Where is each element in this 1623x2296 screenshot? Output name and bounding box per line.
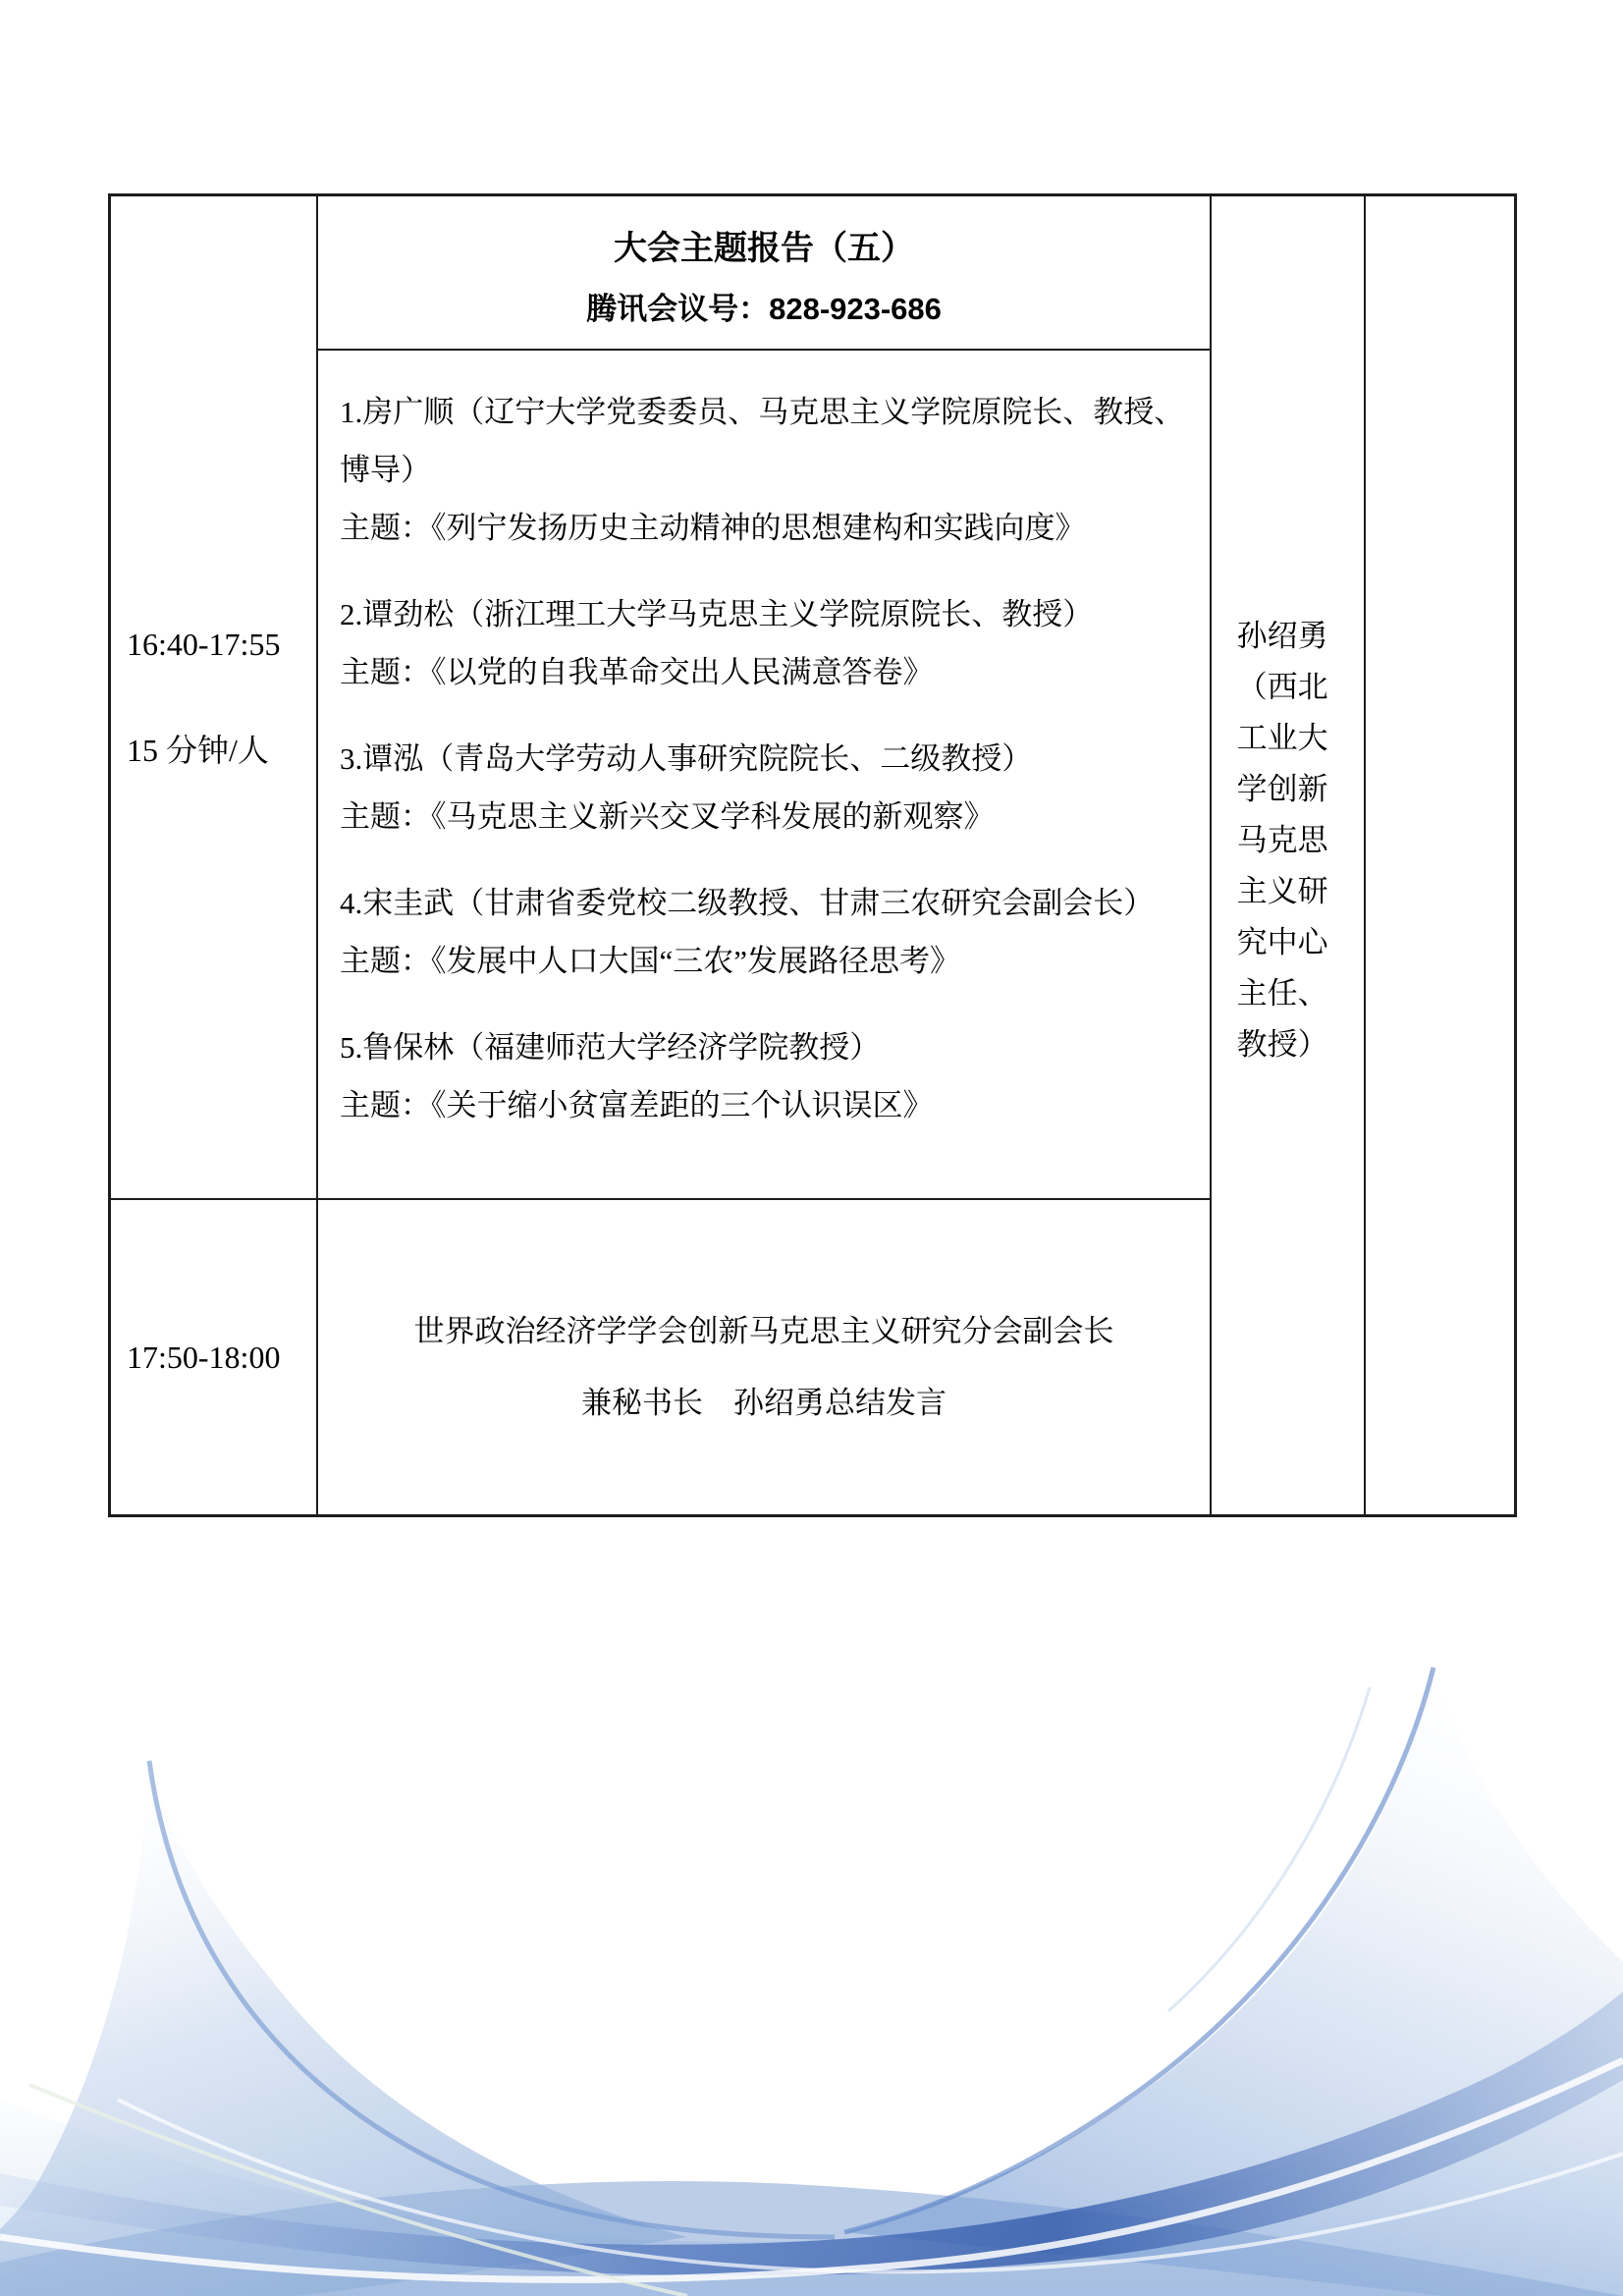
speaker-entry: 1.房广顺（辽宁大学党委委员、马克思主义学院原院长、教授、博导） 主题：《列宁发… bbox=[340, 383, 1202, 557]
speaker-name-line: 5.鲁保林（福建师范大学经济学院教授） bbox=[340, 1018, 1202, 1076]
summary-line-2: 兼秘书长 孙绍勇总结发言 bbox=[581, 1367, 947, 1439]
moderator-text: 孙绍勇（西北工业大学创新马克思主义研究中心主任、教授） bbox=[1237, 611, 1339, 1070]
speaker-name-line: 4.宋圭武（甘肃省委党校二级教授、甘肃三农研究会副会长） bbox=[340, 874, 1202, 932]
speaker-topic-line: 主题：《关于缩小贫富差距的三个认识误区》 bbox=[340, 1076, 1202, 1134]
speaker-entry: 4.宋圭武（甘肃省委党校二级教授、甘肃三农研究会副会长） 主题：《发展中人口大国… bbox=[340, 874, 1202, 990]
session-header-cell: 大会主题报告（五） 腾讯会议号：828-923-686 bbox=[318, 196, 1212, 351]
speaker-topic-line: 主题：《马克思主义新兴交叉学科发展的新观察》 bbox=[340, 788, 1202, 846]
summary-cell: 世界政治经济学学会创新马克思主义研究分会副会长 兼秘书长 孙绍勇总结发言 bbox=[318, 1198, 1212, 1514]
summary-line-1: 世界政治经济学学会创新马克思主义研究分会副会长 bbox=[414, 1295, 1114, 1367]
speaker-name-line: 2.谭劲松（浙江理工大学马克思主义学院原院长、教授） bbox=[340, 585, 1202, 643]
speaker-entry: 3.谭泓（青岛大学劳动人事研究院院长、二级教授） 主题：《马克思主义新兴交叉学科… bbox=[340, 730, 1202, 846]
speakers-cell: 1.房广顺（辽宁大学党委委员、马克思主义学院原院长、教授、博导） 主题：《列宁发… bbox=[318, 351, 1212, 1198]
speaker-name-line: 3.谭泓（青岛大学劳动人事研究院院长、二级教授） bbox=[340, 730, 1202, 788]
session-title: 大会主题报告（五） bbox=[614, 221, 914, 269]
speaker-topic-line: 主题：《列宁发扬历史主动精神的思想建构和实践向度》 bbox=[340, 499, 1202, 557]
speaker-topic-line: 主题：《发展中人口大国“三农”发展路径思考》 bbox=[340, 932, 1202, 990]
time-range-text: 17:50-18:00 bbox=[127, 1339, 280, 1376]
speaker-entry: 2.谭劲松（浙江理工大学马克思主义学院原院长、教授） 主题：《以党的自我革命交出… bbox=[340, 585, 1202, 701]
program-page: 16:40-17:55 15 分钟/人 大会主题报告（五） 腾讯会议号：828-… bbox=[0, 0, 1623, 2296]
speaker-name-line: 1.房广顺（辽宁大学党委委员、马克思主义学院原院长、教授、博导） bbox=[340, 383, 1202, 499]
empty-cell bbox=[1366, 196, 1514, 1514]
speaker-entry: 5.鲁保林（福建师范大学经济学院教授） 主题：《关于缩小贫富差距的三个认识误区》 bbox=[340, 1018, 1202, 1134]
blue-wave-graphic bbox=[0, 1550, 1623, 2296]
time-range-text: 16:40-17:55 bbox=[127, 623, 316, 666]
schedule-table: 16:40-17:55 15 分钟/人 大会主题报告（五） 腾讯会议号：828-… bbox=[108, 193, 1517, 1517]
per-person-duration: 15 分钟/人 bbox=[127, 729, 316, 772]
speaker-topic-line: 主题：《以党的自我革命交出人民满意答卷》 bbox=[340, 643, 1202, 701]
summary-time-cell: 17:50-18:00 bbox=[111, 1198, 318, 1514]
moderator-cell: 孙绍勇（西北工业大学创新马克思主义研究中心主任、教授） bbox=[1212, 196, 1366, 1514]
session-time-cell: 16:40-17:55 15 分钟/人 bbox=[111, 196, 318, 1198]
meeting-id-line: 腾讯会议号：828-923-686 bbox=[586, 284, 942, 328]
